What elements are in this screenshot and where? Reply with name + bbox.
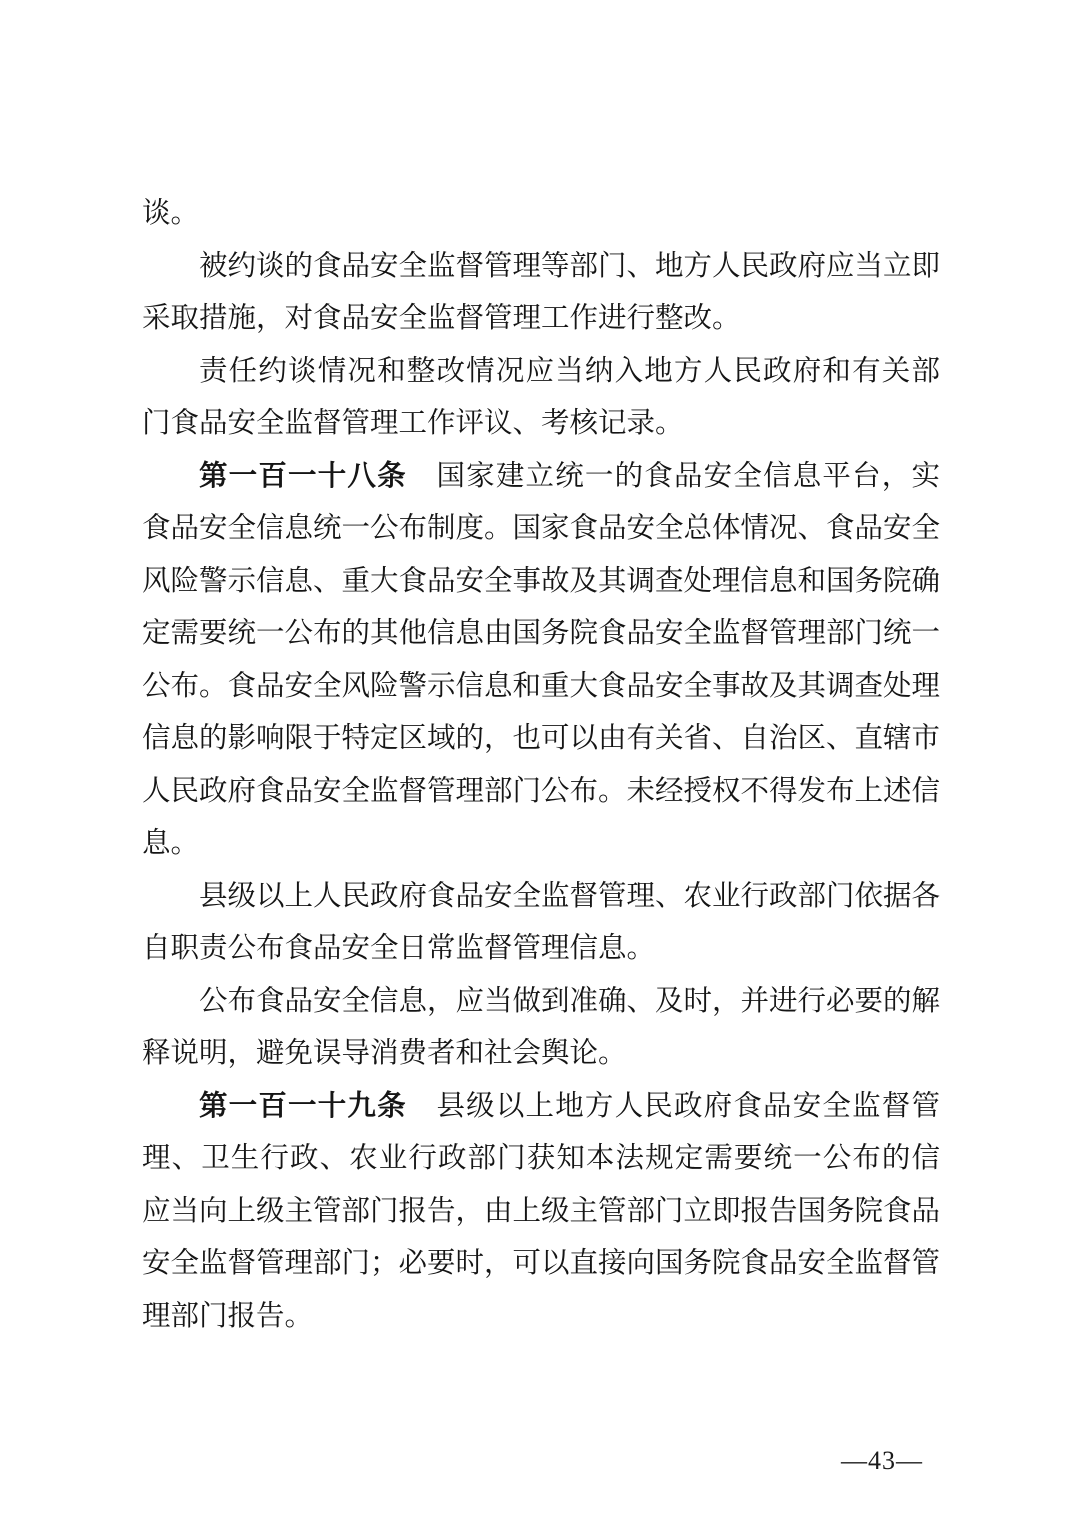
document-page: 谈。被约谈的食品安全监督管理等部门、地方人民政府应当立即采取措施，对食品安全监督… <box>0 0 1074 1520</box>
article-number-heading: 第一百一十九条 <box>199 1091 407 1122</box>
body-text: 定需要统一公布的其他信息由国务院食品安全监督管理部门统一 <box>142 618 940 649</box>
text-line: 责任约谈情况和整改情况应当纳入地方人民政府和有关部 <box>142 346 940 399</box>
body-text: 县级以上人民政府食品安全监督管理、农业行政部门依据各 <box>199 881 940 912</box>
text-line: 定需要统一公布的其他信息由国务院食品安全监督管理部门统一 <box>142 608 940 661</box>
text-line: 安全监督管理部门；必要时，可以直接向国务院食品安全监督管 <box>142 1238 940 1291</box>
text-line: 第一百一十九条 县级以上地方人民政府食品安全监督管 <box>142 1081 940 1134</box>
body-text: 理、卫生行政、农业行政部门获知本法规定需要统一公布的信息， <box>142 1143 940 1186</box>
body-text: 被约谈的食品安全监督管理等部门、地方人民政府应当立即 <box>199 251 940 282</box>
text-line: 被约谈的食品安全监督管理等部门、地方人民政府应当立即 <box>142 241 940 294</box>
page-number: —43— <box>841 1446 923 1476</box>
body-text: 应当向上级主管部门报告，由上级主管部门立即报告国务院食品 <box>142 1196 940 1227</box>
document-body: 谈。被约谈的食品安全监督管理等部门、地方人民政府应当立即采取措施，对食品安全监督… <box>142 188 940 1343</box>
text-line: 应当向上级主管部门报告，由上级主管部门立即报告国务院食品 <box>142 1186 940 1239</box>
text-line: 风险警示信息、重大食品安全事故及其调查处理信息和国务院确 <box>142 556 940 609</box>
text-line: 释说明，避免误导消费者和社会舆论。 <box>142 1028 940 1081</box>
text-line: 信息的影响限于特定区域的，也可以由有关省、自治区、直辖市 <box>142 713 940 766</box>
body-text: 人民政府食品安全监督管理部门公布。未经授权不得发布上述信 <box>142 776 940 807</box>
body-text: 安全监督管理部门；必要时，可以直接向国务院食品安全监督管 <box>142 1248 940 1279</box>
text-line: 第一百一十八条 国家建立统一的食品安全信息平台，实行 <box>142 451 940 504</box>
text-line: 县级以上人民政府食品安全监督管理、农业行政部门依据各 <box>142 871 940 924</box>
text-line: 门食品安全监督管理工作评议、考核记录。 <box>142 398 940 451</box>
text-line: 采取措施，对食品安全监督管理工作进行整改。 <box>142 293 940 346</box>
body-text: 息。 <box>142 828 199 859</box>
text-line: 公布。食品安全风险警示信息和重大食品安全事故及其调查处理 <box>142 661 940 714</box>
text-line: 谈。 <box>142 188 940 241</box>
body-text: 信息的影响限于特定区域的，也可以由有关省、自治区、直辖市 <box>142 723 940 754</box>
text-line: 自职责公布食品安全日常监督管理信息。 <box>142 923 940 976</box>
article-number-heading: 第一百一十八条 <box>199 461 407 492</box>
body-text: 自职责公布食品安全日常监督管理信息。 <box>142 933 655 964</box>
body-text: 食品安全信息统一公布制度。国家食品安全总体情况、食品安全 <box>142 513 940 544</box>
body-text: 县级以上地方人民政府食品安全监督管 <box>407 1091 940 1122</box>
text-line: 理部门报告。 <box>142 1291 940 1344</box>
body-text: 释说明，避免误导消费者和社会舆论。 <box>142 1038 627 1069</box>
body-text: 公布食品安全信息，应当做到准确、及时，并进行必要的解 <box>199 986 940 1017</box>
body-text: 理部门报告。 <box>142 1301 313 1332</box>
text-line: 公布食品安全信息，应当做到准确、及时，并进行必要的解 <box>142 976 940 1029</box>
text-line: 息。 <box>142 818 940 871</box>
text-line: 食品安全信息统一公布制度。国家食品安全总体情况、食品安全 <box>142 503 940 556</box>
body-text: 采取措施，对食品安全监督管理工作进行整改。 <box>142 303 741 334</box>
text-line: 理、卫生行政、农业行政部门获知本法规定需要统一公布的信息， <box>142 1133 940 1186</box>
body-text: 公布。食品安全风险警示信息和重大食品安全事故及其调查处理 <box>142 671 940 702</box>
text-line: 人民政府食品安全监督管理部门公布。未经授权不得发布上述信 <box>142 766 940 819</box>
body-text: 责任约谈情况和整改情况应当纳入地方人民政府和有关部 <box>199 356 940 387</box>
body-text: 谈。 <box>142 198 199 229</box>
body-text: 门食品安全监督管理工作评议、考核记录。 <box>142 408 684 439</box>
body-text: 风险警示信息、重大食品安全事故及其调查处理信息和国务院确 <box>142 566 940 597</box>
